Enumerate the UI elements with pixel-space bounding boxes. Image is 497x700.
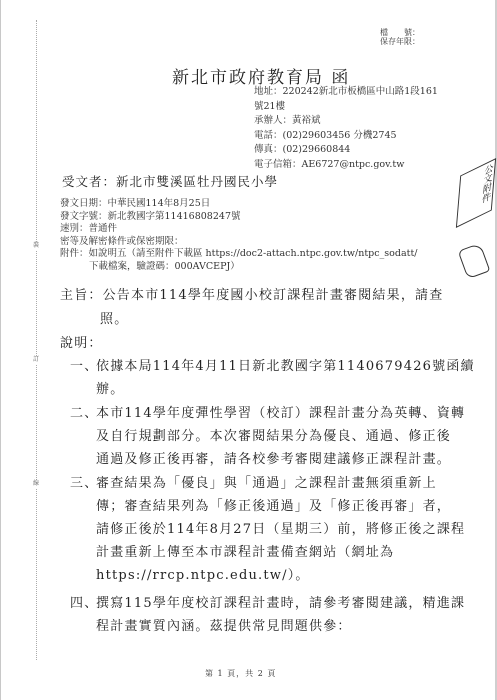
item-line: 審查結果為「優良」與「通過」之課程計畫無須重新上: [96, 472, 465, 495]
address-line-1: 地址：220242新北市板橋區中山路1段161: [254, 85, 438, 100]
item-number: 一、: [70, 355, 98, 378]
item-line: 本市114學年度彈性學習（校訂）課程計畫分為英轉、資轉: [96, 402, 465, 425]
subject-line-2: 照。: [60, 308, 443, 332]
binding-mark-top: 裝: [33, 242, 39, 250]
explanation-item-4: 四、 撰寫115學年度校訂課程計畫時，請參考審閱建議，精進課 程計畫實質內涵。茲…: [70, 592, 465, 638]
recipient: 受文者：新北市雙溪區牡丹國民小學: [62, 172, 278, 190]
binding-mark-middle: 訂: [33, 356, 39, 364]
file-meta: 檔 號： 保存年限：: [378, 28, 420, 46]
contact-block: 地址：220242新北市板橋區中山路1段161 號21樓 承辦人：黃裕斌 電話：…: [254, 85, 438, 172]
item-line: https://rrcp.ntpc.edu.tw/）。: [96, 564, 465, 587]
item-line: 通過及修正後再審，請各校參考審閱建議修正課程計畫。: [96, 448, 465, 471]
item-line: 傳；審查結果列為「修正後通過」及「修正後再審」者，: [96, 495, 465, 518]
item-line: 依據本局114年4月11日新北教國字第1140679426號函續: [96, 355, 475, 378]
fax: 傳真：(02)29660844: [254, 143, 438, 158]
phone: 電話：(02)29603456 分機2745: [254, 129, 438, 144]
meta-block: 發文日期：中華民國114年8月25日 發文字號：新北教國字第1141680824…: [60, 198, 417, 273]
item-number: 四、: [70, 592, 98, 615]
handler: 承辦人：黃裕斌: [254, 114, 438, 129]
retention-label: 保存年限：: [378, 37, 420, 46]
page-border-left: [0, 0, 1, 700]
attachment-line-1: 附件：如說明五（請至附件下載區 https://doc2-attach.ntpc…: [60, 248, 417, 261]
file-number-label: 檔 號：: [378, 28, 420, 37]
item-number: 二、: [70, 402, 98, 425]
page-number: 第 1 頁，共 2 頁: [205, 668, 276, 679]
delivery-type: 速別：普通件: [60, 223, 417, 236]
attachment-line-2: 下載檔案，驗證碼：000AVCEPJ）: [60, 261, 417, 274]
item-line: 計畫重新上傳至本市課程計畫備查網站（網址為: [96, 541, 465, 564]
binding-line: [36, 20, 37, 660]
item-line: 及自行規劃部分。本次審閱結果分為優良、通過、修正後: [96, 425, 465, 448]
address-line-2: 號21樓: [254, 100, 438, 115]
binding-mark-bottom: 線: [33, 480, 39, 488]
subject-line-1: 主旨：公告本市114學年度國小校訂課程計畫審閱結果，請查: [60, 284, 443, 308]
classification: 密等及解密條件或保密期限：: [60, 236, 417, 249]
email: 電子信箱：AE6727@ntpc.gov.tw: [254, 158, 438, 173]
item-line: 辦。: [96, 378, 475, 401]
item-line: 撰寫115學年度校訂課程計畫時，請參考審閱建議，精進課: [96, 592, 465, 615]
item-line: 請修正後於114年8月27日（星期三）前，將修正後之課程: [96, 518, 465, 541]
subject: 主旨：公告本市114學年度國小校訂課程計畫審閱結果，請查 照。: [60, 284, 443, 332]
explanation-item-1: 一、 依據本局114年4月11日新北教國字第1140679426號函續 辦。: [70, 355, 475, 401]
stamp-mark-icon: [458, 243, 491, 279]
explanation-item-2: 二、 本市114學年度彈性學習（校訂）課程計畫分為英轉、資轉 及自行規劃部分。本…: [70, 402, 465, 471]
attachment-stamp: 公文附件: [456, 158, 496, 228]
issue-date: 發文日期：中華民國114年8月25日: [60, 198, 417, 211]
item-number: 三、: [70, 472, 98, 495]
explanation-item-3: 三、 審查結果為「優良」與「通過」之課程計畫無須重新上 傳；審查結果列為「修正後…: [70, 472, 465, 587]
explanation-heading: 說明：: [60, 332, 103, 355]
item-line: 程計畫實質內涵。茲提供常見問題供參：: [96, 615, 465, 638]
issue-number: 發文字號：新北教國字第11416808247號: [60, 211, 417, 224]
